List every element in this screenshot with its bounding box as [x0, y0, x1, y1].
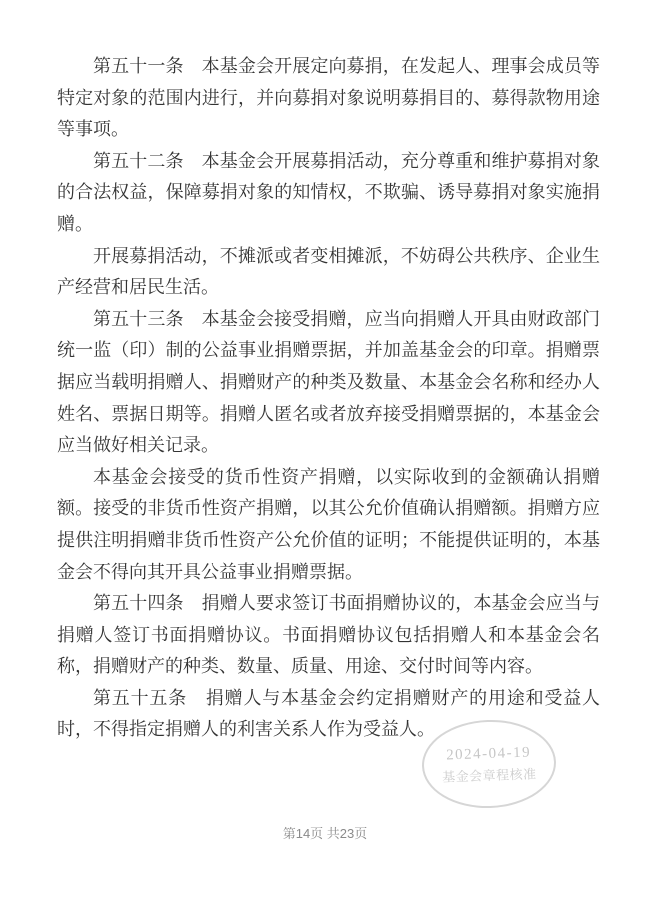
paragraph-article-53: 第五十三条 本基金会接受捐赠，应当向捐赠人开具由财政部门统一监（印）制的公益事业… — [57, 304, 600, 462]
paragraph-article-52-cont: 开展募捐活动，不摊派或者变相摊派，不妨碍公共秩序、企业生产经营和居民生活。 — [57, 241, 600, 304]
page-number-indicator: 第14页 共23页 — [0, 823, 650, 842]
paragraph-article-54: 第五十四条 捐赠人要求签订书面捐赠协议的，本基金会应当与捐赠人签订书面捐赠协议。… — [57, 588, 600, 683]
document-page: 第五十一条 本基金会开展定向募捐，在发起人、理事会成员等特定对象的范围内进行，并… — [0, 0, 650, 920]
stamp-date-text: 2024-04-19 — [446, 745, 531, 763]
stamp-label-text: 基金会章程核准 — [442, 767, 537, 783]
paragraph-article-52: 第五十二条 本基金会开展募捐活动，充分尊重和维护募捐对象的合法权益，保障募捐对象… — [57, 146, 600, 241]
paragraph-article-51: 第五十一条 本基金会开展定向募捐，在发起人、理事会成员等特定对象的范围内进行，并… — [57, 51, 600, 146]
charter-body-text: 第五十一条 本基金会开展定向募捐，在发起人、理事会成员等特定对象的范围内进行，并… — [57, 51, 600, 746]
paragraph-article-53-cont: 本基金会接受的货币性资产捐赠，以实际收到的金额确认捐赠额。接受的非货币性资产捐赠… — [57, 462, 600, 588]
